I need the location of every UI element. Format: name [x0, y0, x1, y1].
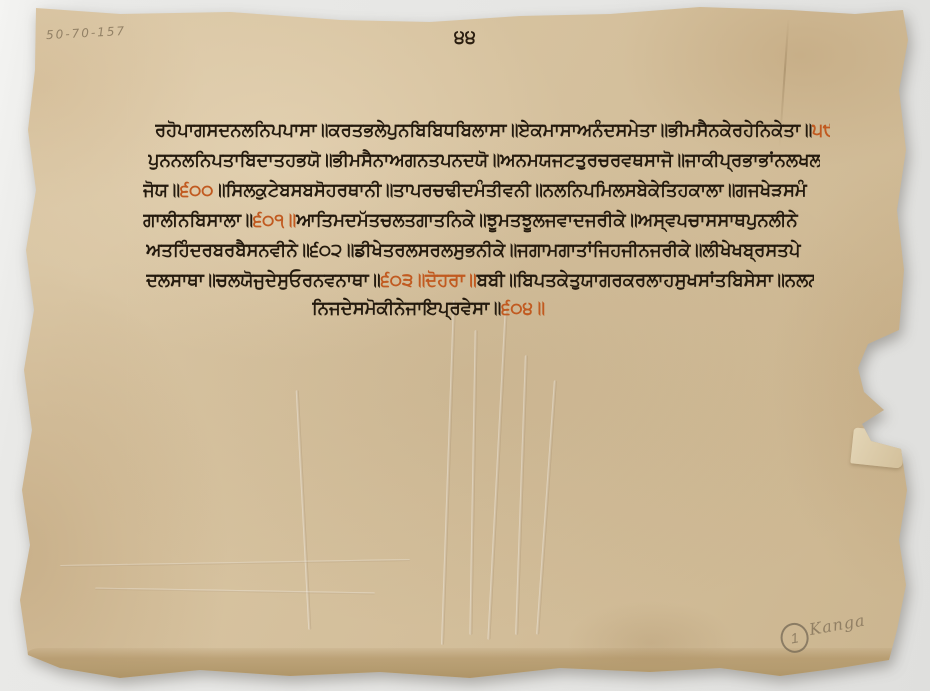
manuscript-text-segment: ॥ਸਿਲਕੁਟੇਬਸਬਸੋਹਰਥਾਨੀ॥ਤਾਪਰਚਢੀਦਮੰਤੀਵਨੀ॥ਨਲਨਿ…: [213, 180, 806, 201]
crease-line: [536, 380, 557, 635]
manuscript-text-segment: ਗਾਲੀਨਬਿਸਾਲਾ॥: [143, 210, 253, 231]
manuscript-line: ਰਹੋਪਾਗਸਦਨਲਨਿਪਪਾਸਾ॥ਕਰਤਭਲੇਪੁਨਬਿਬਿਧਬਿਲਾਸਾ॥ਏ…: [155, 118, 830, 144]
manuscript-text-segment: ਪੁਨਨਲਨਿਪਤਾਬਿਦਾਤਹਭਯੋ॥ਭੀਮਸੈਨਾਅਗਨਤਪਨਦਯੋ॥ਅਨਮ…: [148, 150, 820, 171]
manuscript-page: 50-70-157 ੪੪ ਰਹੋਪਾਗਸਦਨਲਨਿਪਪਾਸਾ॥ਕਰਤਭਲੇਪੁਨ…: [0, 0, 930, 691]
manuscript-line: ਗਾਲੀਨਬਿਸਾਲਾ॥੬੦੧॥ਆਤਿਮਦਮੱਤਚਲਤਗਾਤਨਿਕੇ॥ਝੂਮਤਝ…: [143, 208, 813, 234]
folio-page-number: ੪੪: [0, 26, 930, 48]
manuscript-line: ਦਲਸਾਥਾ॥ਚਲਯੋਜੁਦੇਸੁਓਰਨਵਨਾਥਾ॥੬੦੩॥ਦੋਹਰਾ॥ਬਬੀ॥…: [146, 268, 814, 294]
manuscript-text-segment: ੬੦੪॥: [501, 298, 545, 319]
crease-line: [441, 300, 456, 645]
manuscript-text-segment: ਜੋਯ॥: [143, 180, 180, 201]
crease-line: [469, 330, 477, 635]
manuscript-line: ਨਿਜਦੇਸਮੋਕੀਨੇਜਾਇਪ੍ਰਵੇਸਾ॥੬੦੪॥: [312, 296, 732, 322]
crease-line: [296, 390, 312, 630]
manuscript-text-segment: ੫੯੬: [812, 120, 830, 141]
collector-signature: Kanga: [808, 610, 867, 639]
manuscript-line: ਜੋਯ॥੬੦੦॥ਸਿਲਕੁਟੇਬਸਬਸੋਹਰਥਾਨੀ॥ਤਾਪਰਚਢੀਦਮੰਤੀਵ…: [143, 178, 820, 204]
bottom-worn-edge: [26, 648, 896, 682]
photo-background: 50-70-157 ੪੪ ਰਹੋਪਾਗਸਦਨਲਨਿਪਪਾਸਾ॥ਕਰਤਭਲੇਪੁਨ…: [0, 0, 930, 691]
crease-line: [487, 310, 507, 640]
manuscript-text-segment: ਰਹੋਪਾਗਸਦਨਲਨਿਪਪਾਸਾ॥ਕਰਤਭਲੇਪੁਨਬਿਬਿਧਬਿਲਾਸਾ॥ਏ…: [155, 120, 812, 141]
manuscript-line: ਅਤਹਿੰਦਰਬਰਬੈਸਨਵੀਨੇ॥੬੦੨॥ਡੀਖੇਤਰਲਸਰਲਸੁਭਨੀਕੇ॥…: [146, 238, 814, 264]
crease-line: [60, 559, 410, 567]
manuscript-text-segment: ੬੦੦: [180, 180, 213, 201]
manuscript-text-segment: ਆਤਿਮਦਮੱਤਚਲਤਗਾਤਨਿਕੇ॥ਝੂਮਤਝੂਲਜਵਾਦਜਰੀਕੇ॥ਅਸ੍ਵ…: [296, 210, 797, 231]
circled-number: 1: [778, 621, 811, 655]
paper-shadow: 50-70-157 ੪੪ ਰਹੋਪਾਗਸਦਨਲਨਿਪਪਾਸਾ॥ਕਰਤਭਲੇਪੁਨ…: [0, 0, 930, 691]
torn-flap: [850, 427, 905, 468]
crease-line: [515, 355, 528, 635]
manuscript-text-segment: ਦਲਸਾਥਾ॥ਚਲਯੋਜੁਦੇਸੁਓਰਨਵਨਾਥਾ॥: [146, 270, 381, 291]
collector-mark: 1 Kanga: [776, 589, 914, 671]
manuscript-text-segment: ੬੦੩॥ਦੋਹਰਾ॥: [381, 270, 477, 291]
manuscript-text-segment: ਬਬੀ॥ਬਿਪਤਕੇਤੁਯਾਗਰਕਰਲਾਹਸੁਖਸਾਂਤਬਿਸੇਸਾ॥ਨਲਨਰੇ…: [477, 270, 814, 291]
manuscript-text-segment: ਅਤਹਿੰਦਰਬਰਬੈਸਨਵੀਨੇ॥੬੦੨॥ਡੀਖੇਤਰਲਸਰਲਸੁਭਨੀਕੇ॥…: [146, 240, 800, 261]
manuscript-text-segment: ਨਿਜਦੇਸਮੋਕੀਨੇਜਾਇਪ੍ਰਵੇਸਾ॥: [312, 298, 501, 319]
manuscript-line: ਪੁਨਨਲਨਿਪਤਾਬਿਦਾਤਹਭਯੋ॥ਭੀਮਸੈਨਾਅਗਨਤਪਨਦਯੋ॥ਅਨਮ…: [148, 148, 820, 174]
crease-line: [95, 588, 375, 595]
manuscript-text-segment: ੬੦੧॥: [253, 210, 296, 231]
